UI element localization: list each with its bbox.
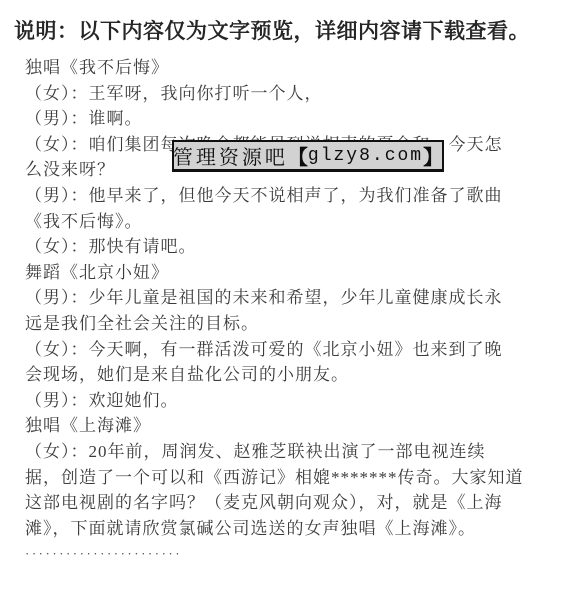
preview-notice: 说明：以下内容仅为文字预览，详细内容请下载查看。 [14, 15, 530, 45]
dialog-line: （女）：那快有请吧。 [25, 234, 566, 260]
watermark-site-url: glzy8.com [308, 146, 423, 166]
dialog-line-wrap: 《我不后悔》。 [25, 209, 566, 235]
dialog-line-wrap: 远是我们全社会关注的目标。 [25, 311, 566, 337]
script-preview-text: 独唱《我不后悔》 （女）：王军呀，我向你打听一个人， （男）：谁啊。 （女）：咱… [25, 55, 566, 567]
dialog-line-wrap: 据，创造了一个可以和《西游记》相媲*******传奇。大家知道 [25, 465, 566, 491]
section-title: 舞蹈《北京小妞》 [25, 260, 566, 286]
dialog-line: （女）：20年前，周润发、赵雅芝联袂出演了一部电视连续 [25, 439, 566, 465]
dialog-line-wrap: 滩》，下面就请欣赏氯碱公司选送的女声独唱《上海滩》。 [25, 516, 566, 542]
dialog-line: （男）：欢迎她们。 [25, 388, 566, 414]
watermark-badge: 管理资源吧 【 glzy8.com 】 [172, 140, 444, 172]
watermark-bracket-open: 【 [288, 141, 308, 170]
dialog-line: （男）：谁啊。 [25, 106, 566, 132]
section-title: 独唱《我不后悔》 [25, 55, 566, 81]
dialog-line: （女）：今天啊，有一群活泼可爱的《北京小妞》也来到了晚 [25, 337, 566, 363]
ellipsis-line: ······················· [25, 541, 566, 567]
dialog-line-wrap: 这部电视剧的名字吗？（麦克风朝向观众），对，就是《上海 [25, 490, 566, 516]
watermark-bracket-close: 】 [423, 141, 443, 170]
dialog-line: （男）：少年儿童是祖国的未来和希望，少年儿童健康成长永 [25, 285, 566, 311]
dialog-line-wrap: 会现场，她们是来自盐化公司的小朋友。 [25, 362, 566, 388]
dialog-line: （女）：王军呀，我向你打听一个人， [25, 81, 566, 107]
section-title: 独唱《上海滩》 [25, 413, 566, 439]
watermark-site-name: 管理资源吧 [173, 141, 288, 170]
dialog-line: （男）：他早来了，但他今天不说相声了，为我们准备了歌曲 [25, 183, 566, 209]
